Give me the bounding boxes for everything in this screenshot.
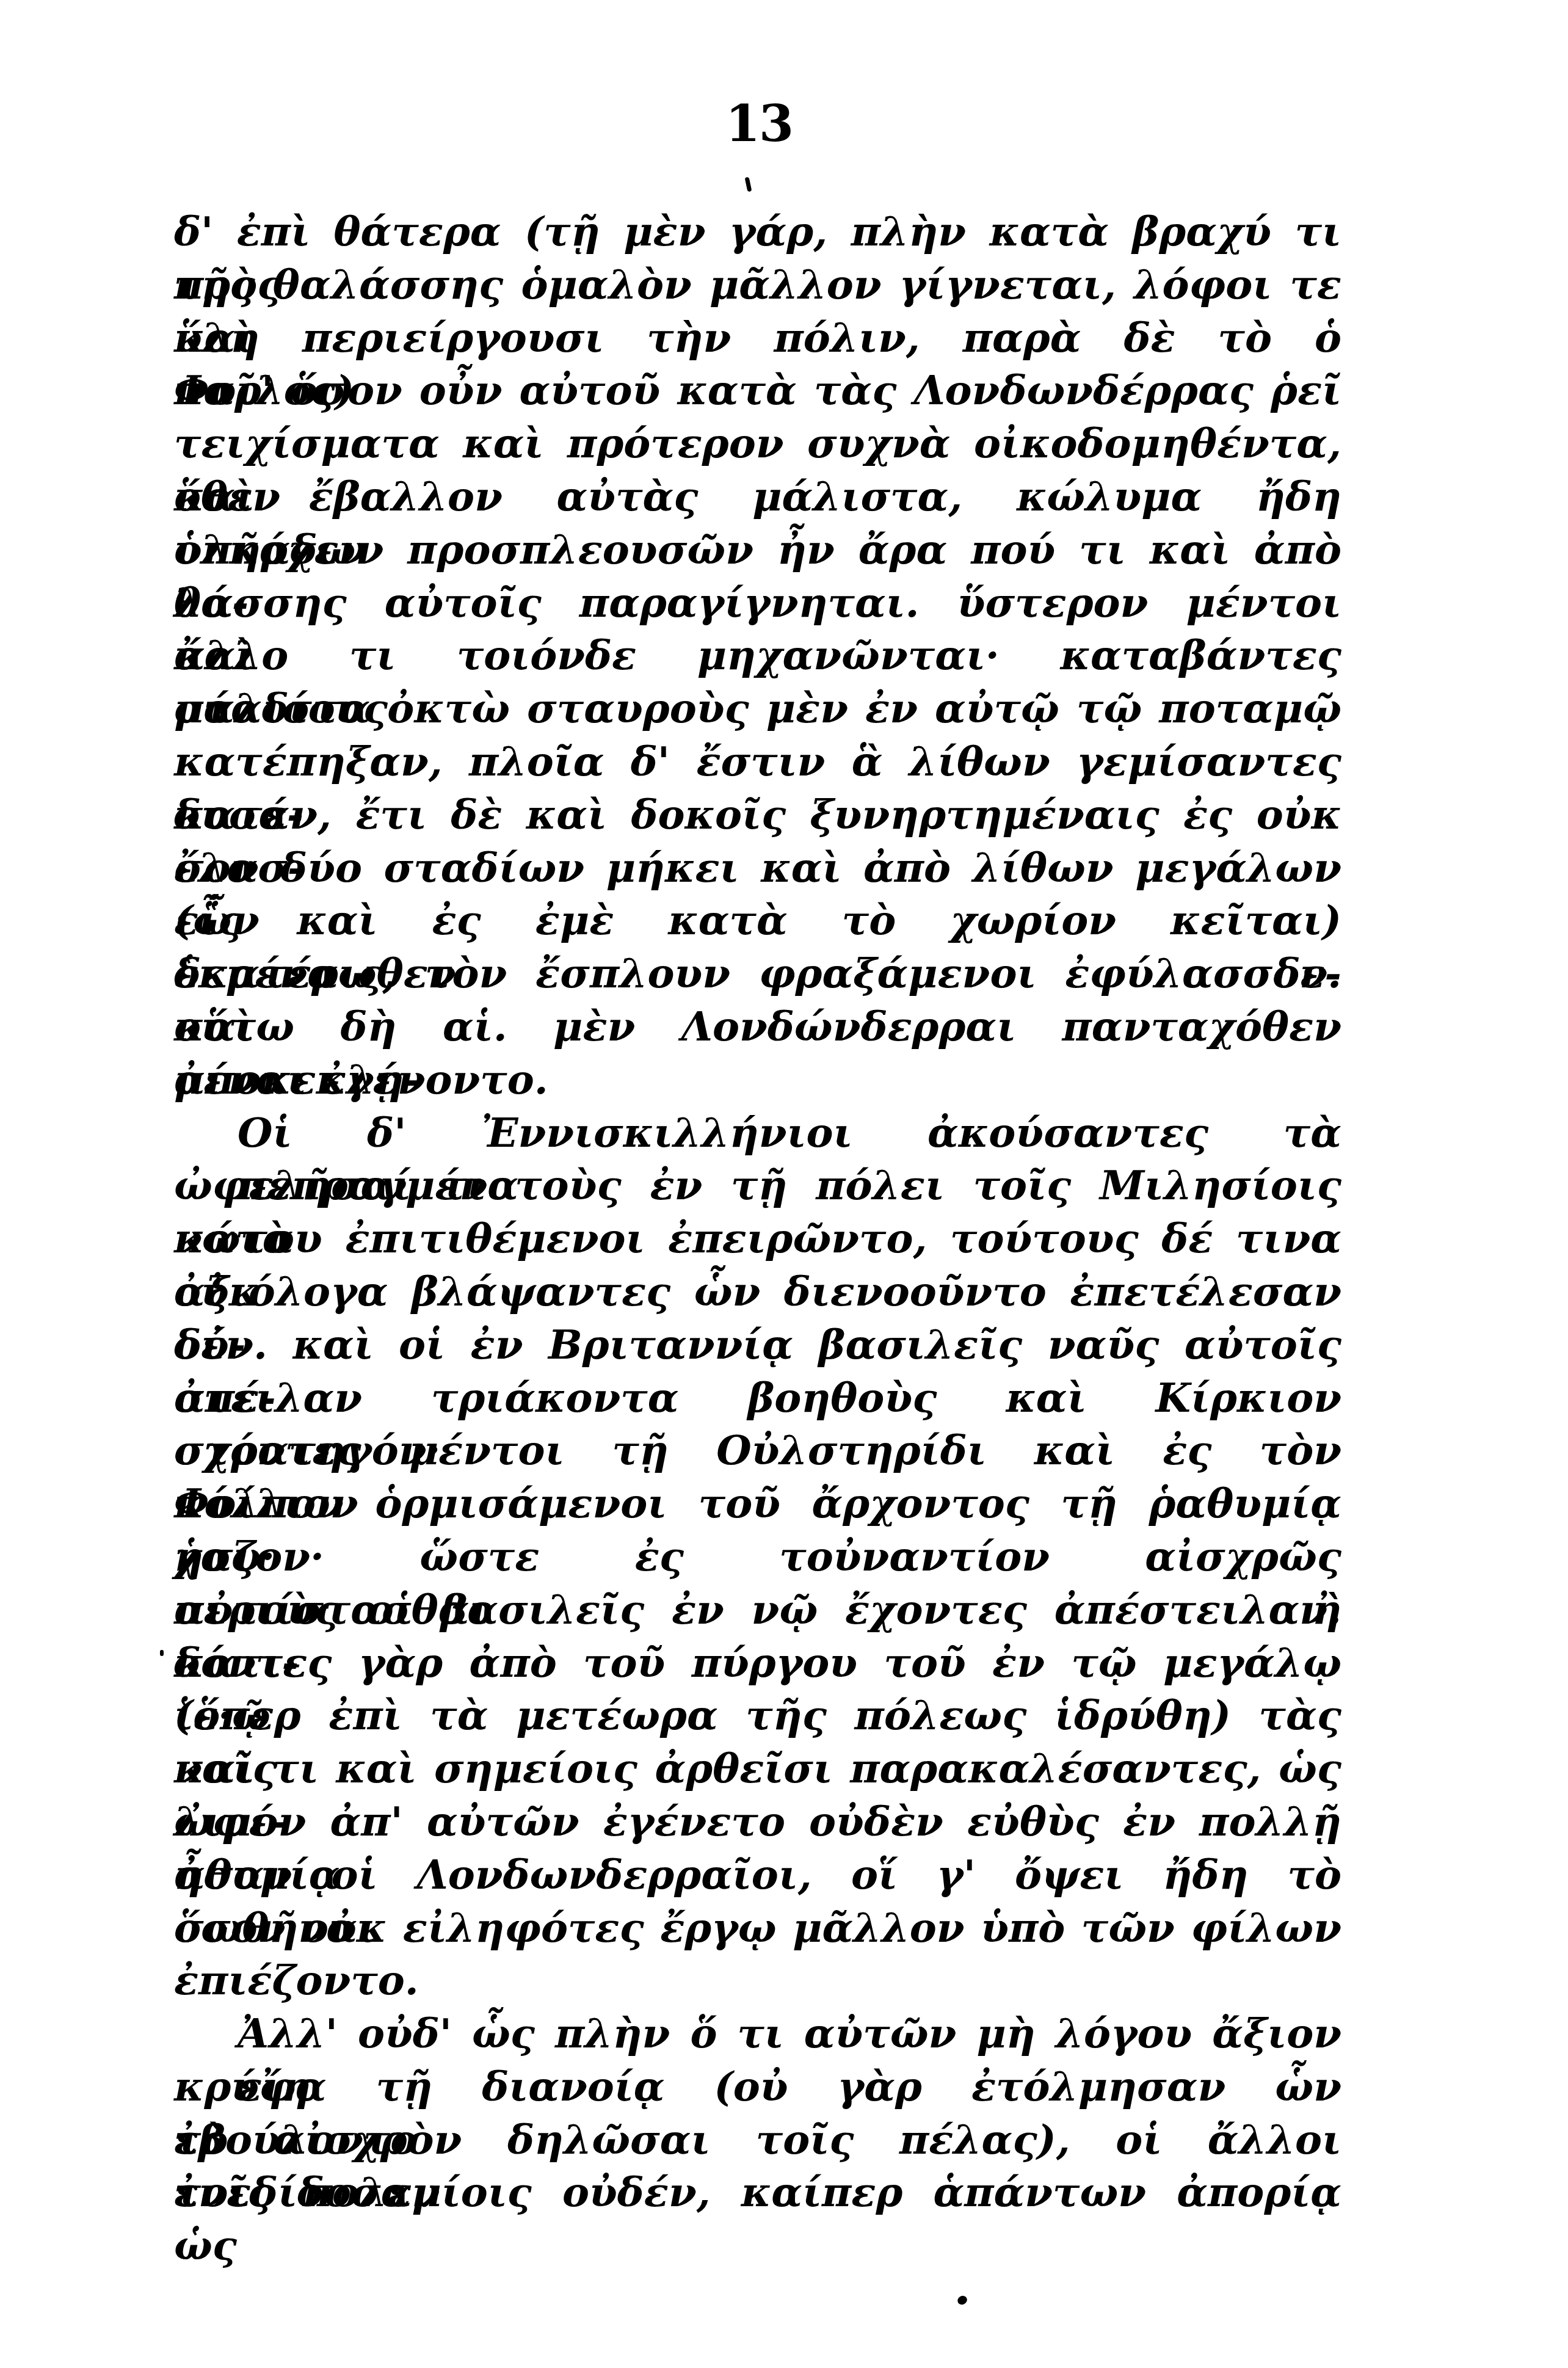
text-line: ὅσον οὐκ εἰληφότες ἔργῳ μᾶλλον ὑπὸ τῶν φ… [174, 1901, 1341, 1955]
text-line: νώτου ἐπιτιθέμενοι ἐπειρῶντο, τούτους δέ… [174, 1212, 1341, 1265]
text-line: δέν. καὶ οἱ ἐν Βριταννίᾳ βασιλεῖς ναῦς α… [174, 1318, 1341, 1371]
text-line: ὠφελῆσαί τι τοὺς ἐν τῇ πόλει τοῖς Μιλησί… [174, 1159, 1341, 1212]
paragraph-1: δ' ἐπὶ θάτερα (τῇ μὲν γάρ, πλὴν κατὰ βρα… [174, 205, 1341, 1106]
text-line: αὐτοὺς οἱ βασιλεῖς ἐν νῷ ἔχοντες ἀπέστει… [174, 1583, 1341, 1636]
book-page: 13 δ' ἐπὶ θάτερα (τῇ μὲν γάρ, πλὴν κατὰ … [0, 0, 1568, 2368]
text-line-paragraph-end: μέναι ἐγένοντο. [174, 1053, 1341, 1106]
text-line: παρ' ὅσον οὖν αὐτοῦ κατὰ τὰς Λονδωνδέρρα… [174, 364, 1341, 417]
text-line: καὶ τι καὶ σημείοις ἀρθεῖσι παρακαλέσαντ… [174, 1742, 1341, 1795]
paragraph-2: Οἱ δ' Ἐννισκιλλήνιοι ἀκούσαντες τὰ πεπρα… [174, 1106, 1341, 2008]
text-line: χαζον· ὥστε ἐς τοὐναντίον αἰσχρῶς περιίσ… [174, 1530, 1341, 1583]
text-line: κατέπηξαν, πλοῖα δ' ἔστιν ἃ λίθων γεμίσα… [174, 735, 1341, 788]
text-line: (ὅπερ ἐπὶ τὰ μετέωρα τῆς πόλεως ἱδρύθη) … [174, 1689, 1341, 1742]
text-line: οὕτω δὴ αἱ. μὲν Λονδώνδερραι πανταχόθεν … [174, 1000, 1341, 1053]
text-line-paragraph-end: ἐπιέζοντο. [174, 1954, 1341, 2007]
text-line: σον δύο σταδίων μήκει καὶ ἀπὸ λίθων μεγά… [174, 841, 1341, 895]
text-line: ἄλλο τι τοιόνδε μηχανῶνται· καταβάντες σ… [174, 629, 1341, 682]
text-line-paragraph-start: Οἱ δ' Ἐννισκιλλήνιοι ἀκούσαντες τὰ πεπρα… [174, 1106, 1341, 1160]
text-line: κρύφα τῇ διανοίᾳ (οὐ γὰρ ἐτόλμησαν ὧν ἐβ… [174, 2060, 1341, 2113]
text-line: λιμον ἀπ' αὐτῶν ἐγένετο οὐδὲν εὐθὺς ἐν π… [174, 1795, 1341, 1848]
text-line-paragraph-start: Ἀλλ' οὐδ' ὧς πλὴν ὅ τι αὐτῶν μὴ λόγου ἄξ… [174, 2007, 1341, 2060]
text-line: δυσαν, ἔτι δὲ καὶ δοκοῖς ξυνηρτημέναις ἐ… [174, 788, 1341, 841]
text-line: ἀξιόλογα βλάψαντες ὧν διενοοῦντο ἐπετέλε… [174, 1265, 1341, 1318]
text-line: ὁλκάδων προσπλεουσῶν ἦν ἄρα πού τι καὶ ἀ… [174, 523, 1341, 576]
text-line: δεμέναις, τὸν ἔσπλουν φραξάμενοι ἐφύλασσ… [174, 947, 1341, 1000]
text-line: τοῖς πολεμίοις οὐδέν, καίπερ ἁπάντων ἀπο… [174, 2166, 1341, 2219]
text-line: εἷς καὶ ἐς ἐμὲ κατὰ τὸ χωρίον κεῖται) ἑκ… [174, 894, 1341, 947]
margin-ink-dot [160, 1650, 164, 1656]
text-line: σχόντες μέντοι τῇ Οὐλστηρίδι καὶ ἐς τὸν … [174, 1424, 1341, 1477]
text-line: τὸ αἰσχρὸν δηλῶσαι τοῖς πέλας), οἱ ἄλλοι… [174, 2113, 1341, 2166]
text-line: τῆς θαλάσσης ὁμαλὸν μᾶλλον γίγνεται, λόφ… [174, 258, 1341, 311]
text-line: κόλπον ὁρμισάμενοι τοῦ ἄρχοντος τῇ ῥαθυμ… [174, 1477, 1341, 1530]
text-line: δ' ἐπὶ θάτερα (τῇ μὲν γάρ, πλὴν κατὰ βρα… [174, 205, 1341, 258]
stray-ink-blot [956, 2294, 969, 2306]
text-line: τειχίσματα καὶ πρότερον συχνὰ οἰκοδομηθέ… [174, 417, 1341, 470]
text-line: μάλιστα ὀκτὼ σταυροὺς μὲν ἐν αὐτῷ τῷ ποτ… [174, 682, 1341, 735]
text-line: λάσσης αὐτοῖς παραγίγνηται. ὕστερον μέντ… [174, 576, 1341, 630]
paragraph-3: Ἀλλ' οὐδ' ὧς πλὴν ὅ τι αὐτῶν μὴ λόγου ἄξ… [174, 2007, 1341, 2219]
text-line: δόντες γὰρ ἀπὸ τοῦ πύργου τοῦ ἐν τῷ μεγά… [174, 1636, 1341, 1690]
body-text: δ' ἐπὶ θάτερα (τῇ μὲν γάρ, πλὴν κατὰ βρα… [174, 205, 1341, 2219]
text-line: στειλαν τριάκοντα βοηθοὺς καὶ Κίρκιον στ… [174, 1371, 1341, 1425]
stray-ink-mark [745, 177, 752, 192]
text-line: ὕλη περιείργουσι τὴν πόλιν, παρὰ δὲ τὸ ὁ… [174, 311, 1341, 365]
text-line: ἦσαν οἱ Λονδωνδερραῖοι, οἵ γ' ὄψει ἤδη τ… [174, 1848, 1341, 1901]
page-number: 13 [698, 96, 820, 151]
text-line: καὶ ἔβαλλον αὐτὰς μάλιστα, κώλυμα ἤδη ὑπ… [174, 470, 1341, 523]
